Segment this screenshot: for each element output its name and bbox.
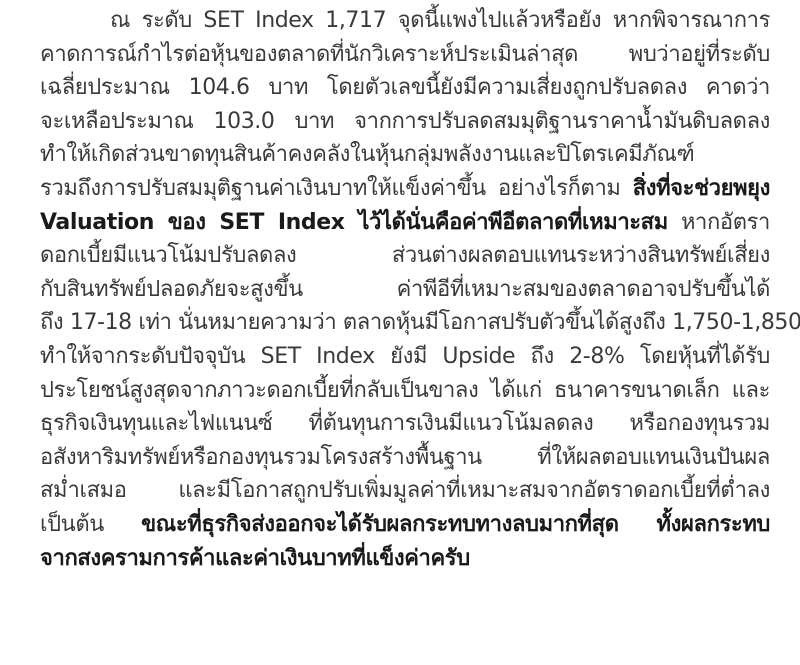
- text-segment: ประโยชน์สูงสุดจากภาวะดอกเบี้ยที่กลับเป็น…: [40, 378, 770, 403]
- text-line: คาดการณ์กำไรต่อหุ้นของตลาดที่นักวิเคราะห…: [40, 38, 770, 72]
- text-line: อสังหาริมทรัพย์หรือกองทุนรวมโครงสร้างพื้…: [40, 441, 770, 475]
- text-segment: ทำให้เกิดส่วนขาดทุนสินค้าคงคลังในหุ้นกลุ…: [40, 142, 694, 167]
- text-line: จากสงครามการค้าและค่าเงินบาทที่แข็งค่าคร…: [40, 542, 770, 576]
- text-segment: รวมถึงการปรับสมมุติฐานค่าเงินบาทให้แข็งค…: [40, 176, 633, 201]
- text-segment: เฉลี่ยประมาณ 104.6 บาท โดยตัวเลขนี้ยังมี…: [40, 75, 770, 100]
- text-line: ธุรกิจเงินทุนและไฟแนนซ์ ที่ต้นทุนการเงิน…: [40, 407, 770, 441]
- text-segment: ทำให้จากระดับปัจจุบัน SET Index ยังมี Up…: [40, 344, 770, 369]
- text-segment: ณ ระดับ SET Index 1,717 จุดนี้แพงไปแล้วห…: [110, 8, 770, 33]
- article-paragraph: ณ ระดับ SET Index 1,717 จุดนี้แพงไปแล้วห…: [40, 4, 770, 575]
- text-line: กับสินทรัพย์ปลอดภัยจะสูงขึ้น ค่าพีอีที่เ…: [40, 273, 770, 307]
- text-segment: สม่ำเสมอ และมีโอกาสถูกปรับเพิ่มมูลค่าที่…: [40, 478, 770, 503]
- text-segment: หากอัตรา: [668, 210, 770, 235]
- bold-highlight-text: Valuation ของ SET Index ไว้ได้นั่นคือค่า…: [40, 210, 668, 235]
- text-line: Valuation ของ SET Index ไว้ได้นั่นคือค่า…: [40, 206, 770, 240]
- text-line: ดอกเบี้ยมีแนวโน้มปรับลดลง ส่วนต่างผลตอบแ…: [40, 239, 770, 273]
- text-line: สม่ำเสมอ และมีโอกาสถูกปรับเพิ่มมูลค่าที่…: [40, 474, 770, 508]
- text-line: เป็นต้น ขณะที่ธุรกิจส่งออกจะได้รับผลกระท…: [40, 508, 770, 542]
- bold-highlight-text: จากสงครามการค้าและค่าเงินบาทที่แข็งค่าคร…: [40, 546, 470, 571]
- text-segment: คาดการณ์กำไรต่อหุ้นของตลาดที่นักวิเคราะห…: [40, 42, 770, 67]
- text-line: จะเหลือประมาณ 103.0 บาท จากการปรับลดสมมุ…: [40, 105, 770, 139]
- text-line: ทำให้เกิดส่วนขาดทุนสินค้าคงคลังในหุ้นกลุ…: [40, 138, 770, 172]
- text-segment: จะเหลือประมาณ 103.0 บาท จากการปรับลดสมมุ…: [40, 109, 770, 134]
- text-segment: ธุรกิจเงินทุนและไฟแนนซ์ ที่ต้นทุนการเงิน…: [40, 411, 770, 436]
- text-segment: ดอกเบี้ยมีแนวโน้มปรับลดลง ส่วนต่างผลตอบแ…: [40, 243, 770, 268]
- text-segment: อสังหาริมทรัพย์หรือกองทุนรวมโครงสร้างพื้…: [40, 445, 770, 470]
- bold-highlight-text: สิ่งที่จะช่วยพยุง: [633, 176, 770, 201]
- text-line: ณ ระดับ SET Index 1,717 จุดนี้แพงไปแล้วห…: [40, 4, 770, 38]
- bold-highlight-text: ขณะที่ธุรกิจส่งออกจะได้รับผลกระทบทางลบมา…: [141, 512, 770, 537]
- text-line: ประโยชน์สูงสุดจากภาวะดอกเบี้ยที่กลับเป็น…: [40, 374, 770, 408]
- text-segment: เป็นต้น: [40, 512, 141, 537]
- article-body: ณ ระดับ SET Index 1,717 จุดนี้แพงไปแล้วห…: [40, 4, 770, 575]
- text-line: ถึง 17-18 เท่า นั่นหมายความว่า ตลาดหุ้นม…: [40, 306, 770, 340]
- text-segment: ถึง 17-18 เท่า นั่นหมายความว่า ตลาดหุ้นม…: [40, 310, 800, 335]
- text-line: ทำให้จากระดับปัจจุบัน SET Index ยังมี Up…: [40, 340, 770, 374]
- text-line: รวมถึงการปรับสมมุติฐานค่าเงินบาทให้แข็งค…: [40, 172, 770, 206]
- text-segment: กับสินทรัพย์ปลอดภัยจะสูงขึ้น ค่าพีอีที่เ…: [40, 277, 770, 302]
- text-line: เฉลี่ยประมาณ 104.6 บาท โดยตัวเลขนี้ยังมี…: [40, 71, 770, 105]
